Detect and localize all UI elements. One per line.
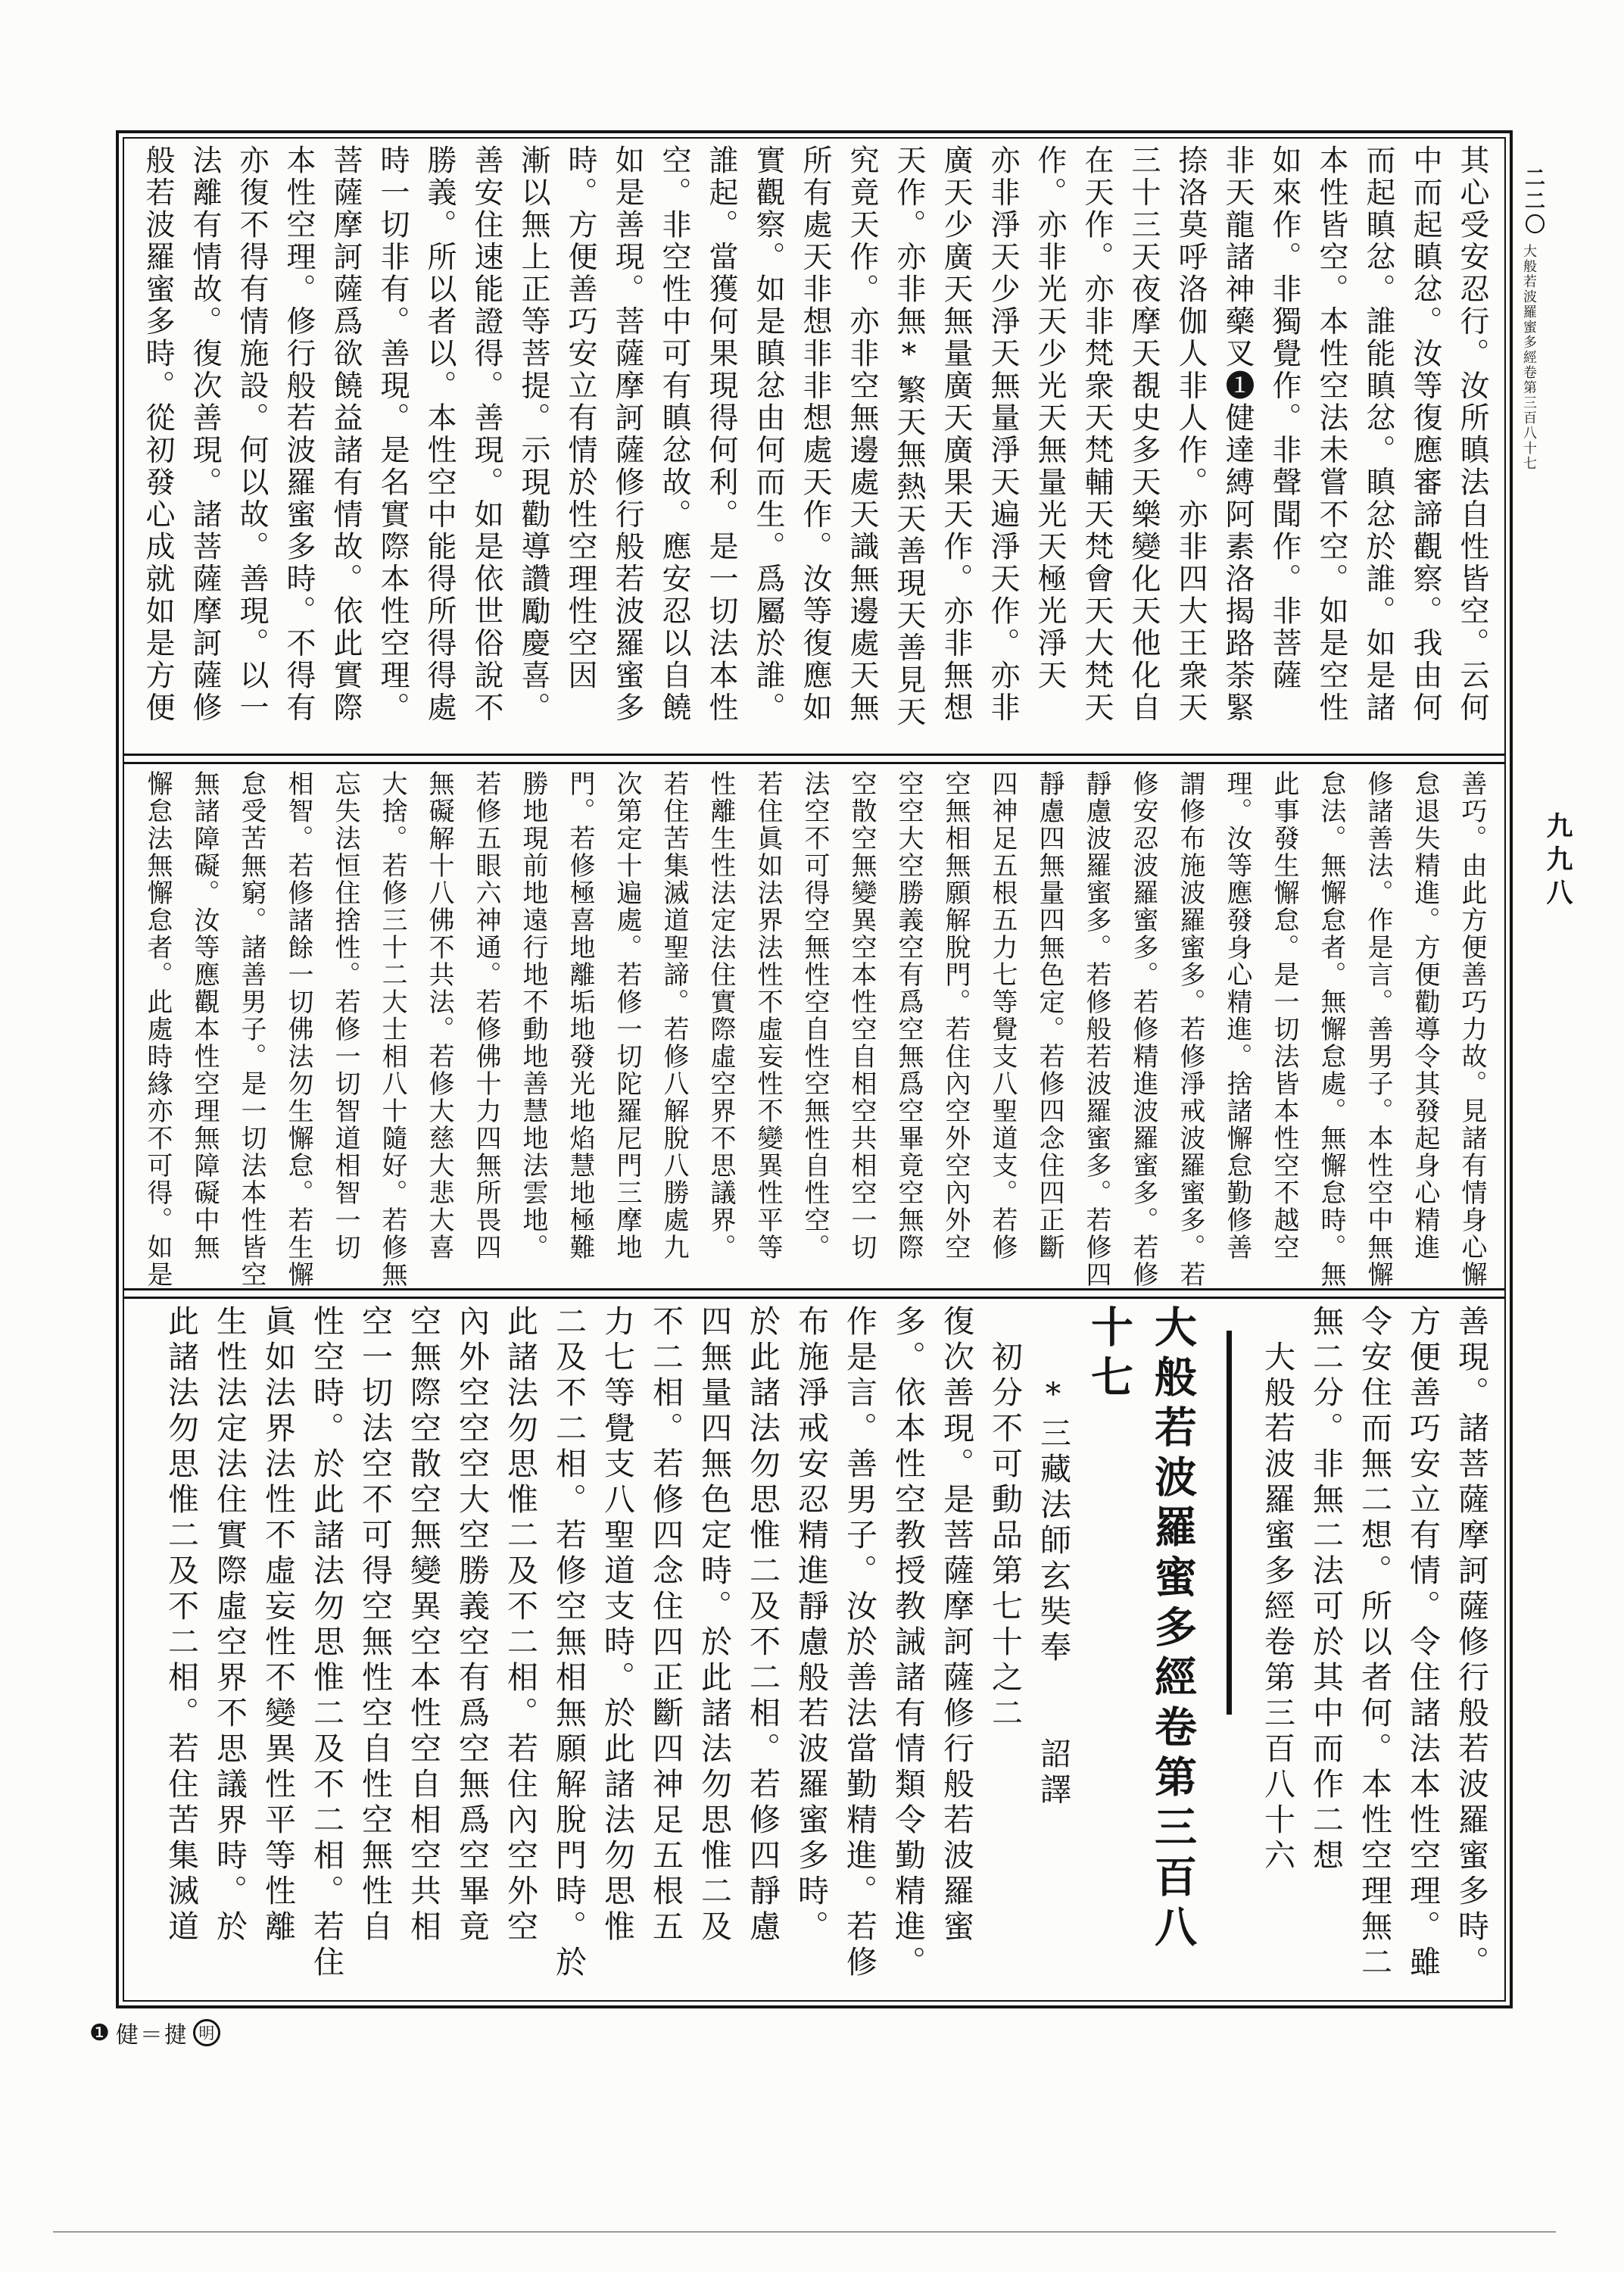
text-column: 眞如法界法性不虛妄性不變異性平等性離 — [254, 1305, 302, 1990]
text-column: 大捨。若修三十二大士相八十隨好。若修無 — [369, 770, 416, 1288]
text-column: 布施淨戒安忍精進靜慮般若波羅蜜多時。 — [787, 1305, 835, 1990]
register-top: 其心受安忍行。汝所瞋法自性皆空。云何於中而起瞋忿。汝等復應審諦觀察。我由何法而起… — [124, 139, 1504, 754]
text-column: 內外空空空大空勝義空有爲空無爲空畢竟 — [447, 1305, 496, 1990]
text-column: 門。若修極喜地離垢地發光地焰慧地極難 — [556, 770, 603, 1288]
text-column: 怠退失精進。方便勸導令其發起身心精進 — [1401, 770, 1448, 1288]
text-column: 方便善巧安立有情。令住諸法本性空理。雖 — [1398, 1305, 1447, 1990]
text-column: 怠受苦無窮。諸善男子。是一切法本性皆空 — [228, 770, 275, 1288]
text-column: 無二分。非無二法可於其中而作二想 — [1301, 1305, 1350, 1990]
text-column: 二及不二相。若修空無相無願解脫門時。於 — [544, 1305, 593, 1990]
text-column: 所有處天非想非非想處天作。汝等復應如 — [791, 145, 838, 754]
text-column: 捺洛莫呼洛伽人非人作。亦非四大王衆天 — [1167, 145, 1214, 754]
text-column: 空散空無變異空本性空自相空共相空一切 — [838, 770, 885, 1288]
text-column: 怠法。無懈怠者。無懈怠處。無懈怠時。無由 — [1308, 770, 1354, 1288]
text-column: 若住苦集滅道聖諦。若修八解脫八勝處九 — [650, 770, 697, 1288]
text-column: 勝地現前地遠行地不動地善慧地法雲地。 — [510, 770, 556, 1288]
text-column: 謂修布施波羅蜜多。若修淨戒波羅蜜多。若 — [1167, 770, 1214, 1288]
text-column: 法離有情故。復次善現。諸菩薩摩訶薩修行 — [181, 145, 228, 754]
text-frame-inner: 其心受安忍行。汝所瞋法自性皆空。云何於中而起瞋忿。汝等復應審諦觀察。我由何法而起… — [123, 137, 1506, 2002]
text-column: 若修五眼六神通。若修佛十力四無所畏四 — [463, 770, 510, 1288]
text-column: 力七等覺支八聖道支時。於此諸法勿思惟 — [593, 1305, 641, 1990]
folio-number: 二二〇 — [1517, 167, 1548, 237]
text-column: 在天作。亦非梵衆天梵輔天梵會天大梵天 — [1073, 145, 1120, 754]
text-column: 次第定十遍處。若修一切陀羅尼門三摩地 — [603, 770, 650, 1288]
text-column: 非天龍諸神藥叉❶健達縛阿素洛揭路荼緊 — [1214, 145, 1261, 754]
register-bottom: 善現。諸菩薩摩訶薩修行般若波羅蜜多時。方便善巧安立有情。令住諸法本性空理。雖令安… — [124, 1299, 1504, 2000]
text-column: 復次善現。是菩薩摩訶薩修行般若波羅蜜 — [932, 1305, 980, 1990]
text-column: 實觀察。如是瞋忿由何而生。爲屬於誰。復於 — [744, 145, 791, 754]
text-column: 菩薩摩訶薩爲欲饒益諸有情故。依此實際 — [322, 145, 369, 754]
text-column: 無礙解十八佛不共法。若修大慈大悲大喜 — [416, 770, 463, 1288]
text-column: 究竟天作。亦非空無邊處天識無邊處天無 — [838, 145, 885, 754]
text-column: 空。非空性中可有瞋忿故。應安忍以自饒益。 — [650, 145, 697, 754]
scanned-sutra-page: 二二〇 大般若波羅蜜多經卷第三百八十七 九九八 其心受安忍行。汝所瞋法自性皆空。… — [0, 0, 1624, 2272]
text-column: 初分不可動品第七十之二 — [980, 1305, 1029, 2000]
text-column: 亦復不得有情施設。何以故。善現。以一切 — [228, 145, 275, 754]
text-column: 作。亦非光天少光天無量光天極光淨天作。 — [1026, 145, 1073, 754]
text-column: 此事發生懈怠。是一切法皆本性空不越空 — [1261, 770, 1308, 1288]
register-divider — [124, 754, 1504, 764]
text-column: 本性空理。修行般若波羅蜜多時。不得有情。 — [275, 145, 322, 754]
page-number: 九九八 — [1540, 812, 1575, 912]
footnote-marker: ❶ — [89, 2020, 111, 2046]
register-middle: 善巧。由此方便善巧力故。見諸有情身心懈怠退失精進。方便勸導令其發起身心精進修諸善… — [124, 764, 1504, 1288]
text-column: 大般若波羅蜜多經卷第三百八 — [1141, 1305, 1205, 1990]
text-column: 生性法定法住實際虛空界不思議界時。於 — [205, 1305, 254, 1990]
text-column: 不二相。若修四念住四正斷四神足五根五 — [641, 1305, 690, 1990]
text-column: 本性皆空。本性空法未嘗不空。如是空性非 — [1308, 145, 1354, 754]
register-divider — [124, 1288, 1504, 1299]
text-column: 漸以無上正等菩提。示現勸導讚勵慶喜。令 — [510, 145, 556, 754]
text-column: 靜慮四無量四無色定。若修四念住四正斷 — [1026, 770, 1073, 1288]
text-column: 相智。若修諸餘一切佛法勿生懈怠。若生懈 — [275, 770, 322, 1288]
separator-line — [1227, 1331, 1232, 1715]
text-column: 懈怠法無懈怠者。此處時緣亦不可得。如是 — [134, 770, 181, 1288]
text-column: 時。方便善巧安立有情於性空理性空因果。 — [556, 145, 603, 754]
text-column: 若住眞如法界法性不虛妄性不變異性平等 — [744, 770, 791, 1288]
text-column: 空無相無願解脫門。若住內空外空內外空 — [932, 770, 979, 1288]
text-column: 三十三天夜摩天覩史多天樂變化天他化自 — [1120, 145, 1167, 754]
text-column: 其心受安忍行。汝所瞋法自性皆空。云何於 — [1448, 145, 1495, 754]
text-column: 四無量四無色定時。於此諸法勿思惟二及 — [690, 1305, 738, 1990]
text-column: 亦非淨天少淨天無量淨天遍淨天作。亦非 — [979, 145, 1026, 754]
text-column: 大般若波羅蜜多經卷第三百八十六 — [1253, 1305, 1301, 2000]
text-column: 此諸法勿思惟二及不二相。若住苦集滅道 — [157, 1305, 205, 1990]
text-column: 四神足五根五力七等覺支八聖道支。若修 — [979, 770, 1026, 1288]
text-column: 空空大空勝義空有爲空無爲空畢竟空無際 — [885, 770, 932, 1288]
text-column: 善安住速能證得。善現。如是依世俗說不依 — [463, 145, 510, 754]
text-column: 靜慮波羅蜜多。若修般若波羅蜜多。若修四 — [1073, 770, 1120, 1288]
text-column: 而起瞋忿。誰能瞋忿。瞋忿於誰。如是諸法 — [1354, 145, 1401, 754]
text-column: 天作。亦非無*繁天無熱天善現天善見天色 — [885, 145, 932, 754]
text-column: 如來作。非獨覺作。非聲聞作。非菩薩作。亦 — [1261, 145, 1308, 754]
text-column: 廣天少廣天無量廣天廣果天作。亦非無想 — [932, 145, 979, 754]
footnote-edition-badge: 明 — [193, 2019, 220, 2046]
footnote-apparatus: ❶ 健＝揵 明 — [89, 2016, 220, 2049]
text-column: 般若波羅蜜多時。從初發心成就如是方便 — [134, 145, 181, 754]
text-column: 誰起。當獲何果現得何利。是一切法本性皆 — [697, 145, 744, 754]
running-title: 大般若波羅蜜多經卷第三百八十七 — [1517, 244, 1540, 471]
text-column: 空無際空散空無變異空本性空自相空共相 — [399, 1305, 447, 1990]
text-column: 作是言。善男子。汝於善法當勤精進。若修 — [835, 1305, 884, 1990]
text-column: 修安忍波羅蜜多。若修精進波羅蜜多。若修 — [1120, 770, 1167, 1288]
text-column: 於此諸法勿思惟二及不二相。若修四靜慮 — [738, 1305, 787, 1990]
text-column: 此諸法勿思惟二及不二相。若住內空外空 — [496, 1305, 544, 1990]
volume-separator-rule — [1205, 1305, 1253, 1990]
text-column: 性空時。於此諸法勿思惟二及不二相。若住 — [302, 1305, 351, 1990]
text-column: *三藏法師玄奘奉 詔譯 — [1029, 1305, 1077, 2000]
text-column: 理。汝等應發身心精進。捨諸懈怠勤修善法。 — [1214, 770, 1261, 1288]
footnote-text: 健＝揵 — [116, 2016, 189, 2049]
text-column: 修諸善法。作是言。善男子。本性空中無懈 — [1354, 770, 1401, 1288]
text-column: 無諸障礙。汝等應觀本性空理無障礙中無 — [181, 770, 228, 1288]
text-column: 十七 — [1077, 1305, 1141, 1990]
text-column: 法空不可得空無性空自性空無性自性空。 — [791, 770, 838, 1288]
text-column: 如是善現。菩薩摩訶薩修行般若波羅蜜多 — [603, 145, 650, 754]
text-column: 令安住而無二想。所以者何。本性空理無二 — [1350, 1305, 1398, 1990]
scan-edge-artifact — [53, 2231, 1556, 2233]
text-column: 忘失法恒住捨性。若修一切智道相智一切 — [322, 770, 369, 1288]
text-frame: 其心受安忍行。汝所瞋法自性皆空。云何於中而起瞋忿。汝等復應審諦觀察。我由何法而起… — [116, 130, 1513, 2008]
text-column: 勝義。所以者以。本性空中能得所得得處得 — [416, 145, 463, 754]
text-column: 時一切非有。善現。是名實際本性空理。諸 — [369, 145, 416, 754]
text-column: 性離生性法定法住實際虛空界不思議界。 — [697, 770, 744, 1288]
text-column: 善現。諸菩薩摩訶薩修行般若波羅蜜多時。 — [1447, 1305, 1495, 1990]
text-column: 多。依本性空教授教誡諸有情類令勤精進。 — [884, 1305, 932, 1990]
text-column: 空一切法空不可得空無性空自性空無性自 — [351, 1305, 399, 1990]
text-column: 善巧。由此方便善巧力故。見諸有情身心懈 — [1448, 770, 1495, 1288]
text-column: 中而起瞋忿。汝等復應審諦觀察。我由何法 — [1401, 145, 1448, 754]
